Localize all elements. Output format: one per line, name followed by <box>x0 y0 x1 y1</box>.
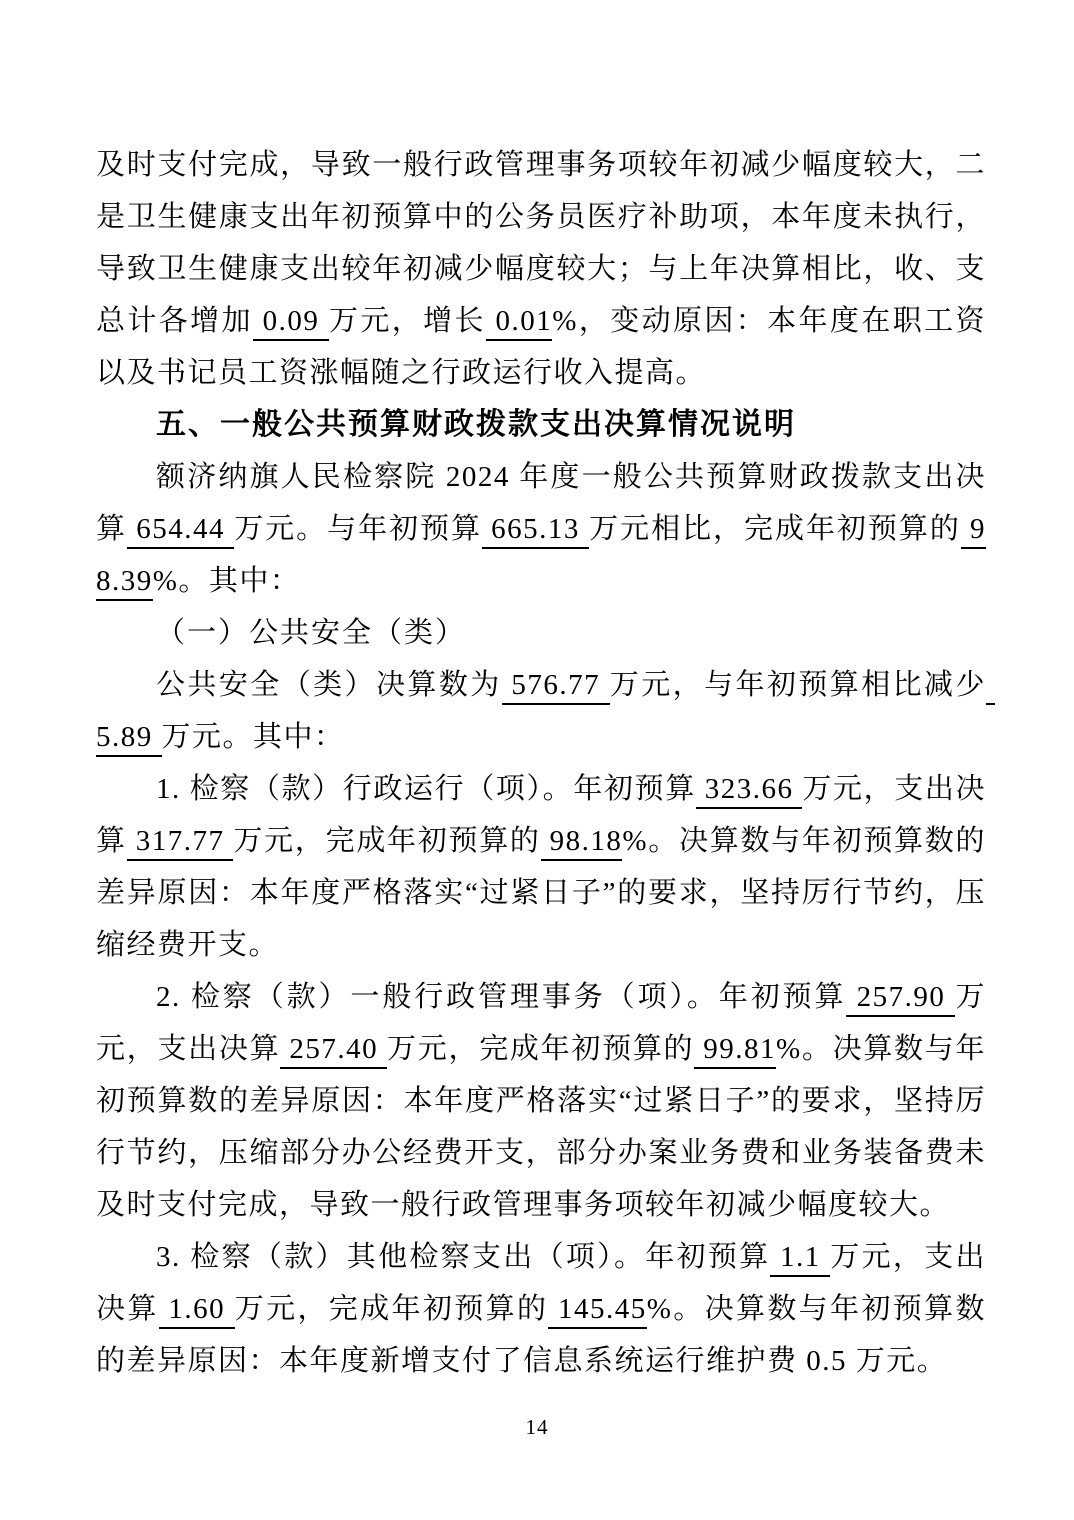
document-page: 及时支付完成，导致一般行政管理事务项较年初减少幅度较大，二是卫生健康支出年初预算… <box>0 0 1074 1520</box>
text-run: 万元。其中： <box>162 721 345 753</box>
text-run: 1. 检察（款）行政运行（项）。年初预算 <box>156 773 696 805</box>
paragraph: 额济纳旗人民检察院 2024 年度一般公共预算财政拨款支出决算 654.44 万… <box>96 451 986 607</box>
text-run: %。其中： <box>153 565 301 597</box>
paragraph: 2. 检察（款）一般行政管理事务（项）。年初预算 257.90 万元，支出决算 … <box>96 971 986 1231</box>
text-run: 万元，完成年初预算的 <box>233 825 540 857</box>
underlined-value: 576.77 <box>502 669 610 705</box>
section-heading: 五、一般公共预算财政拨款支出决算情况说明 <box>96 399 986 451</box>
paragraph: 及时支付完成，导致一般行政管理事务项较年初减少幅度较大，二是卫生健康支出年初预算… <box>96 139 986 399</box>
text-run: 五、一般公共预算财政拨款支出决算情况说明 <box>156 408 796 441</box>
underlined-value: 257.90 <box>846 981 955 1017</box>
underlined-value: 257.40 <box>280 1033 387 1069</box>
underlined-value: 654.44 <box>127 513 234 549</box>
paragraph: 3. 检察（款）其他检察支出（项）。年初预算 1.1 万元，支出决算 1.60 … <box>96 1231 986 1387</box>
text-run: 万元相比，完成年初预算的 <box>589 513 961 545</box>
subsection-heading: （一）公共安全（类） <box>96 607 986 659</box>
text-run: 3. 检察（款）其他检察支出（项）。年初预算 <box>156 1241 770 1273</box>
underlined-value: 99.81 <box>694 1033 776 1069</box>
text-run: 万元，增长 <box>329 305 486 337</box>
underlined-value: 145.45 <box>548 1293 646 1329</box>
underlined-value: 317.77 <box>127 825 234 861</box>
text-run: 万元，完成年初预算的 <box>235 1293 549 1325</box>
underlined-value: 0.09 <box>253 305 329 341</box>
page-footer: 14 <box>0 1415 1074 1440</box>
text-run: 万元，完成年初预算的 <box>387 1033 694 1065</box>
underlined-value: 1.60 <box>159 1293 235 1329</box>
underlined-value: 323.66 <box>696 773 803 809</box>
text-run: （一）公共安全（类） <box>156 617 466 649</box>
paragraph: 1. 检察（款）行政运行（项）。年初预算 323.66 万元，支出决算 317.… <box>96 763 986 971</box>
underlined-value: 98.18 <box>541 825 623 861</box>
text-run: 公共安全（类）决算数为 <box>156 669 502 701</box>
document-body: 及时支付完成，导致一般行政管理事务项较年初减少幅度较大，二是卫生健康支出年初预算… <box>96 139 986 1387</box>
underlined-value: 0.01 <box>486 305 552 341</box>
paragraph: 公共安全（类）决算数为 576.77 万元，与年初预算相比减少 5.89 万元。… <box>96 659 986 763</box>
text-run: 万元。与年初预算 <box>234 513 482 545</box>
underlined-value: 1.1 <box>770 1241 830 1277</box>
text-run: 2. 检察（款）一般行政管理事务（项）。年初预算 <box>156 981 846 1013</box>
underlined-value: 665.13 <box>482 513 589 549</box>
text-run: 万元，与年初预算相比减少 <box>610 669 986 701</box>
page-number: 14 <box>526 1415 549 1439</box>
